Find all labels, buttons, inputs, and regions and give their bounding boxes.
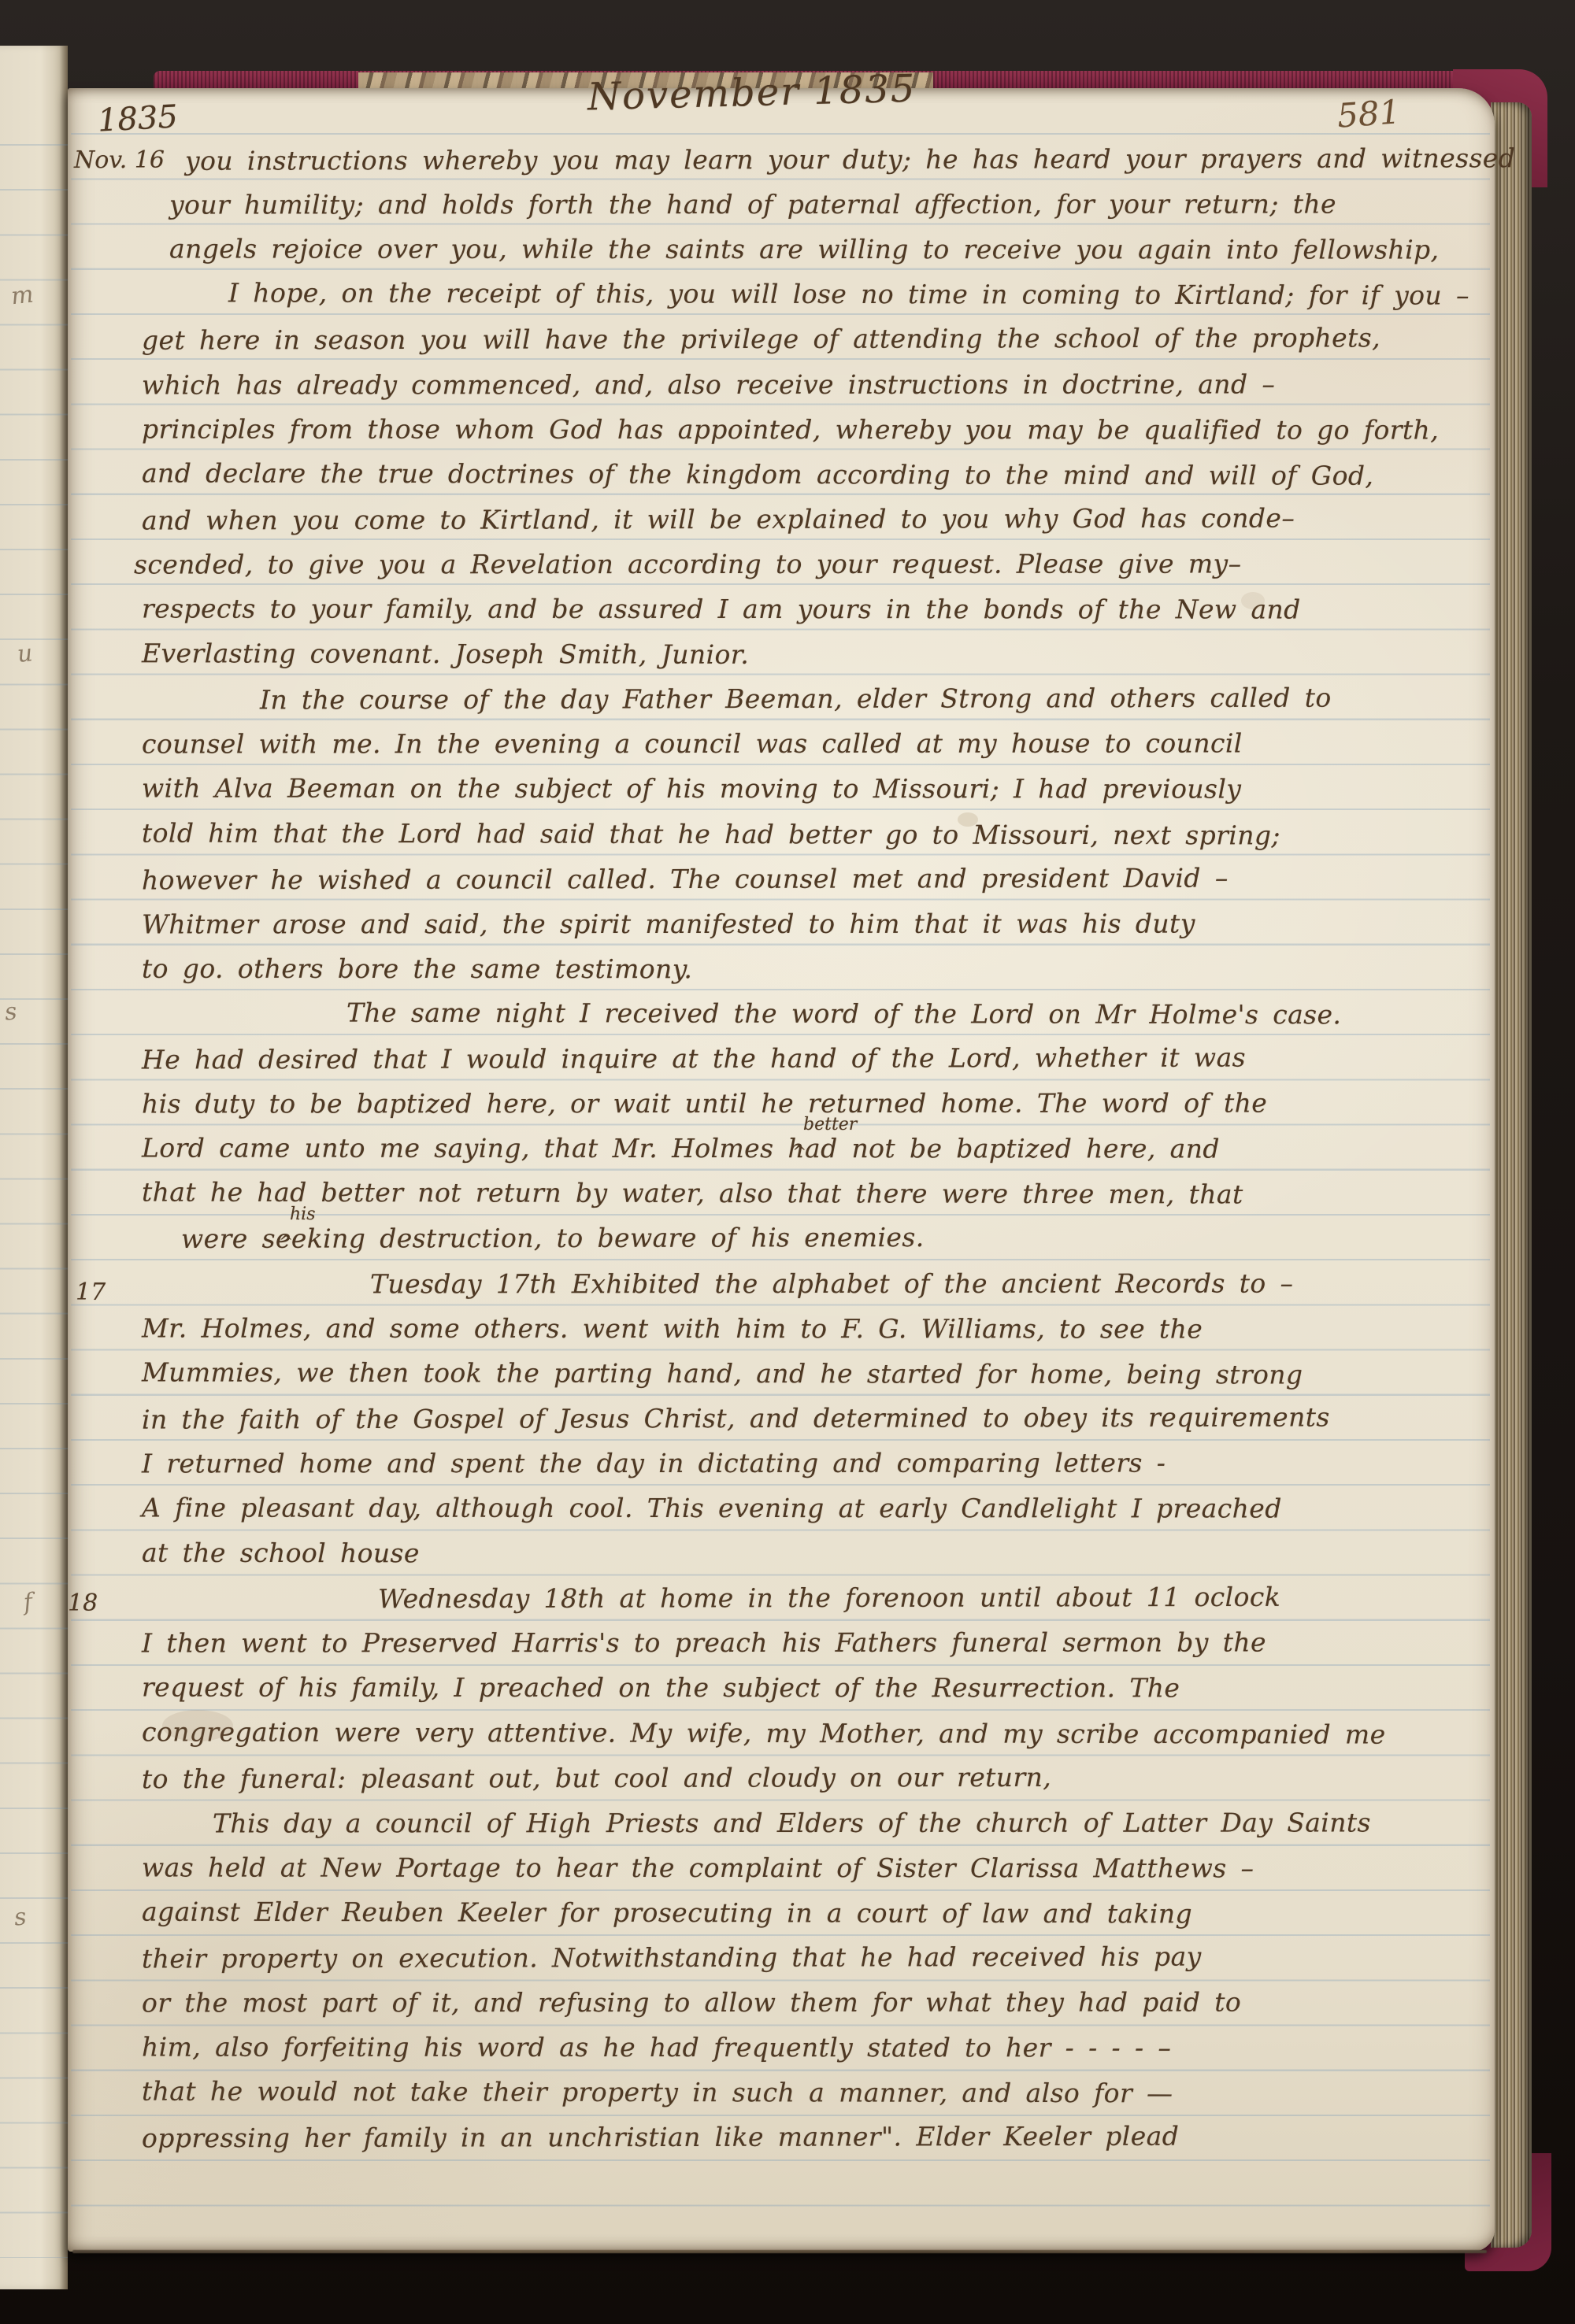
manuscript-line: against Elder Reuben Keeler for prosecut…	[142, 1898, 1192, 1926]
manuscript-line: that he had better not return by water, …	[142, 1179, 1243, 1208]
manuscript-line: Mummies, we then took the parting hand, …	[142, 1359, 1303, 1387]
manuscript-line: Lord came unto me saying, that Mr. Holme…	[142, 1135, 1220, 1162]
insertion-caret: ^	[792, 1143, 806, 1163]
page-bottom-edge	[72, 2250, 1487, 2253]
manuscript-line: him, also forfeiting his word as he had …	[142, 2034, 1171, 2061]
manuscript-line: congregation were very attentive. My wif…	[142, 1719, 1386, 1747]
manuscript-line: to the funeral: pleasant out, but cool a…	[142, 1763, 1051, 1791]
ink-bleed-mark: u	[16, 639, 34, 668]
manuscript-line: I returned home and spent the day in dic…	[142, 1449, 1165, 1476]
manuscript-line: Mr. Holmes, and some others. went with h…	[142, 1315, 1203, 1341]
manuscript-line: respects to your family, and be assured …	[142, 595, 1301, 622]
manuscript-line: I hope, on the receipt of this, you will…	[228, 280, 1469, 309]
manuscript-line: which has already commenced, and, also r…	[142, 371, 1275, 398]
manuscript-line: that he would not take their property in…	[142, 2078, 1173, 2107]
manuscript-line: told him that the Lord had said that he …	[142, 820, 1280, 848]
manuscript-line: to go. others bore the same testimony.	[142, 956, 692, 982]
manuscript-line: Wednesday 18th at home in the forenoon u…	[378, 1584, 1280, 1612]
manuscript-line: their property on execution. Notwithstan…	[142, 1944, 1202, 1972]
manuscript-line: request of his family, I preached on the…	[142, 1675, 1180, 1701]
ink-bleed-mark: m	[9, 281, 35, 311]
page-number: 581	[1336, 92, 1401, 135]
manuscript-line: however he wished a council called. The …	[142, 864, 1228, 893]
manuscript-line: your humility; and holds forth the hand …	[169, 191, 1336, 218]
previous-page-edge: musfs	[0, 46, 68, 2289]
manuscript-page: 1835 November 1835 581 you instructions …	[68, 88, 1495, 2252]
page-header-date: November 1835	[587, 67, 917, 120]
margin-year-label: 1835	[97, 98, 179, 139]
previous-page-ruled-lines	[0, 101, 68, 2258]
manuscript-line: or the most part of it, and refusing to …	[142, 1989, 1241, 2016]
manuscript-line: counsel with me. In the evening a counci…	[142, 731, 1243, 757]
manuscript-line: in the faith of the Gospel of Jesus Chri…	[142, 1404, 1330, 1432]
margin-note-entry-day-17: 17	[76, 1279, 106, 1306]
manuscript-line: oppressing her family in an unchristian …	[142, 2123, 1179, 2152]
manuscript-line: with Alva Beeman on the subject of his m…	[142, 775, 1241, 802]
manuscript-line: A fine pleasant day, although cool. This…	[142, 1494, 1282, 1521]
manuscript-line: you instructions whereby you may learn y…	[185, 145, 1515, 174]
manuscript-line: He had desired that I would inquire at t…	[142, 1045, 1246, 1073]
manuscript-line: In the course of the day Father Beeman, …	[260, 685, 1332, 713]
book-fore-edge	[1491, 102, 1532, 2248]
manuscript-line: scended, to give you a Revelation accord…	[134, 550, 1242, 577]
photo-background: musfs 1835 November 1835 581 you instruc…	[0, 0, 1575, 2324]
manuscript-line: principles from those whom God has appoi…	[142, 416, 1439, 442]
manuscript-line: and when you come to Kirtland, it will b…	[142, 505, 1295, 533]
manuscript-line: Whitmer arose and said, the spirit manif…	[142, 910, 1195, 937]
manuscript-line: and declare the true doctrines of the ki…	[142, 460, 1373, 488]
insertion-caret: ^	[279, 1233, 293, 1253]
manuscript-line: The same night I received the word of th…	[346, 1000, 1341, 1028]
manuscript-line: his duty to be baptized here, or wait un…	[142, 1090, 1267, 1117]
manuscript-line: angels rejoice over you, while the saint…	[169, 236, 1439, 263]
manuscript-line: get here in season you will have the pri…	[142, 325, 1380, 353]
interlinear-insertion: better	[803, 1115, 857, 1134]
manuscript-line: I then went to Preserved Harris's to pre…	[142, 1630, 1266, 1656]
manuscript-line: This day a council of High Priests and E…	[213, 1809, 1371, 1836]
margin-note-entry-date-nov-16: Nov. 16	[74, 146, 165, 174]
manuscript-line: was held at New Portage to hear the comp…	[142, 1854, 1254, 1881]
manuscript-line: at the school house	[142, 1540, 420, 1567]
manuscript-line: Tuesday 17th Exhibited the alphabet of t…	[370, 1270, 1293, 1297]
margin-note-entry-day-18: 18	[68, 1589, 98, 1617]
manuscript-line: Everlasting covenant. Joseph Smith, Juni…	[142, 640, 749, 668]
interlinear-insertion: his	[290, 1205, 316, 1224]
